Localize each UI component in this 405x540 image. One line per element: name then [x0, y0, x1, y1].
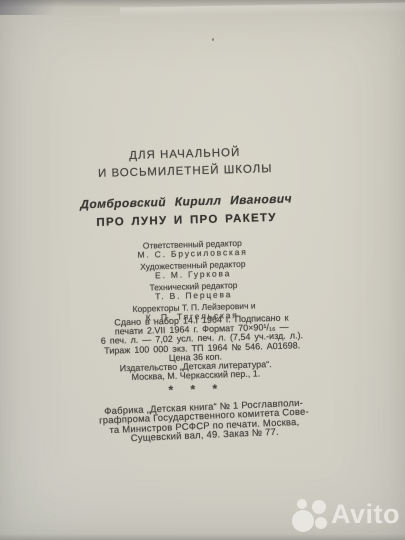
avito-wordmark: Avito	[331, 501, 400, 531]
dust-speck	[212, 38, 214, 41]
audience-label: ДЛЯ НАЧАЛЬНОЙ И ВОСЬМИЛЕТНЕЙ ШКОЛЫ	[25, 142, 346, 185]
avito-logo-icon	[290, 498, 328, 533]
avito-circle-bottom	[315, 517, 327, 529]
avito-circle-small	[297, 499, 307, 509]
avito-circle-large	[292, 510, 314, 532]
background-corner-sliver	[0, 0, 85, 15]
photo-bottom-shadow	[0, 534, 405, 540]
avito-circle-medium	[312, 500, 326, 514]
avito-watermark: Avito	[290, 498, 400, 533]
book-title: ПРО ЛУНУ И ПРО РАКЕТУ	[27, 210, 347, 231]
printer-block: Фабрика „Детская книга“ № 1 Росглавполи-…	[44, 396, 365, 447]
author-name: Домбровский Кирилл Иванович	[26, 190, 346, 213]
book-page: ДЛЯ НАЧАЛЬНОЙ И ВОСЬМИЛЕТНЕЙ ШКОЛЫ Домбр…	[0, 0, 405, 540]
book-colophon-photo: ДЛЯ НАЧАЛЬНОЙ И ВОСЬМИЛЕТНЕЙ ШКОЛЫ Домбр…	[0, 0, 405, 540]
